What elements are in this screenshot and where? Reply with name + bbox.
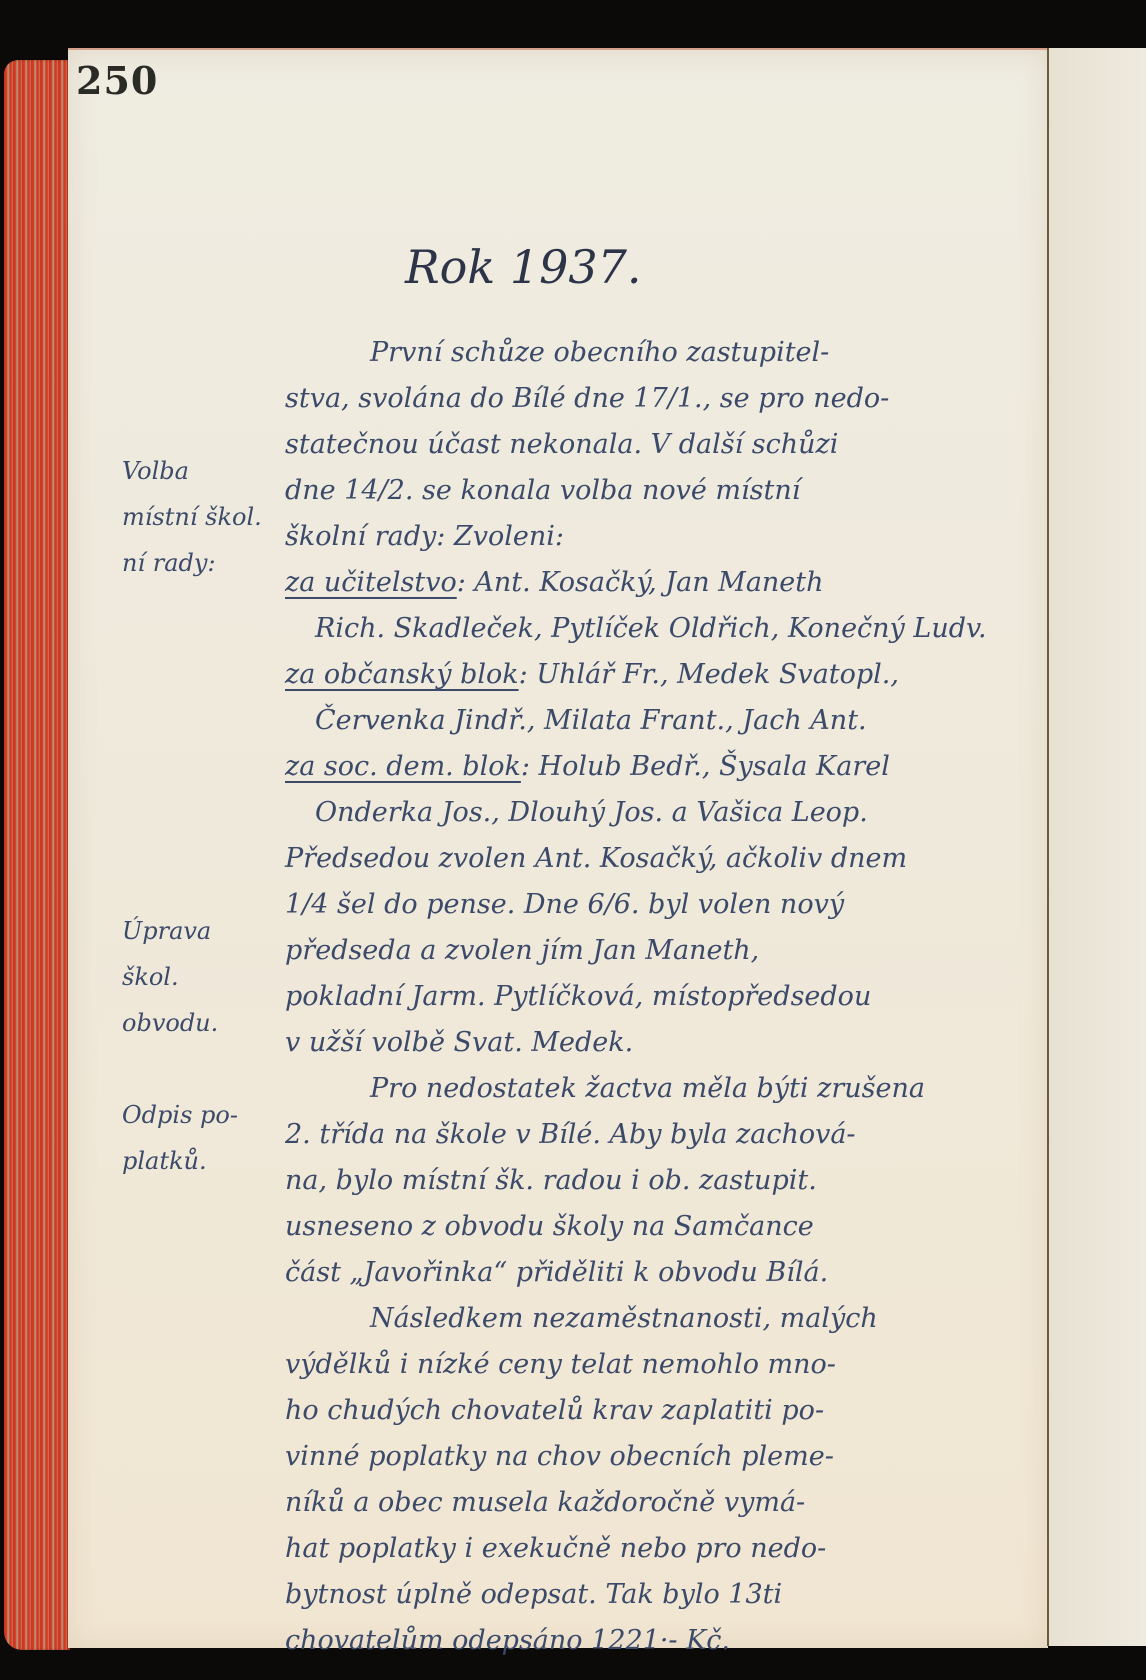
margin-note-line: Úprava bbox=[122, 908, 282, 954]
body-line: na, bylo místní šk. radou i ob. zastupit… bbox=[285, 1158, 945, 1204]
margin-note-line: Odpis po- bbox=[122, 1092, 282, 1138]
label-value: : Holub Bedř., Šysala Karel bbox=[521, 751, 890, 782]
body-line: část „Javořinka“ přiděliti k obvodu Bílá… bbox=[285, 1250, 945, 1296]
body-line: usneseno z obvodu školy na Samčance bbox=[285, 1204, 945, 1250]
body-line: vinné poplatky na chov obecních plemе- bbox=[285, 1434, 945, 1480]
underlined-label: za soc. dem. blok bbox=[285, 751, 521, 782]
page-title: Rok 1937. bbox=[405, 240, 642, 294]
body-line-labeled: za občanský blok: Uhlář Fr., Medek Svato… bbox=[285, 652, 945, 698]
body-line: Červenka Jindř., Milata Frant., Jach Ant… bbox=[285, 698, 945, 744]
label-value: : Ant. Kosačký, Jan Maneth bbox=[457, 567, 824, 598]
margin-note-line: škol. obvodu. bbox=[122, 954, 282, 1046]
body-line: Předsedou zvolen Ant. Kosačký, ačkoliv d… bbox=[285, 836, 945, 882]
label-value: : Uhlář Fr., Medek Svatopl., bbox=[519, 659, 899, 690]
body-line: Onderka Jos., Dlouhý Jos. a Vašica Leop. bbox=[285, 790, 945, 836]
book-gutter bbox=[1047, 48, 1049, 1646]
body-line: školní rady: Zvoleni: bbox=[285, 514, 945, 560]
margin-note-school-district: Úprava škol. obvodu. bbox=[122, 908, 282, 1046]
handwritten-body: První schůze obecního zastupitel- stva, … bbox=[285, 330, 945, 1664]
book-page-edges bbox=[4, 60, 70, 1650]
body-line: 1/4 šel do pense. Dne 6/6. byl volen nov… bbox=[285, 882, 945, 928]
underlined-label: za učitelstvo bbox=[285, 567, 457, 598]
body-line: hat poplatky i exekučně nebo pro nedo- bbox=[285, 1526, 945, 1572]
body-line: níků a obec musela každoročně vymá- bbox=[285, 1480, 945, 1526]
margin-note-line: platků. bbox=[122, 1138, 282, 1184]
body-line: předseda a zvolen jím Jan Maneth, bbox=[285, 928, 945, 974]
body-line: stva, svolána do Bílé dne 17/1., se pro … bbox=[285, 376, 945, 422]
margin-note-fee-writeoff: Odpis po- platků. bbox=[122, 1092, 282, 1184]
body-line-labeled: za soc. dem. blok: Holub Bedř., Šysala K… bbox=[285, 744, 945, 790]
body-line: První schůze obecního zastupitel- bbox=[285, 330, 945, 376]
body-line: ho chudých chovatelů krav zaplatiti po- bbox=[285, 1388, 945, 1434]
body-line: výdělků i nízké ceny telat nemohlo mno- bbox=[285, 1342, 945, 1388]
body-line: Pro nedostatek žactva měla býti zrušena bbox=[285, 1066, 945, 1112]
underlined-label: za občanský blok bbox=[285, 659, 519, 690]
facing-page bbox=[1049, 48, 1146, 1646]
body-line: Rich. Skadleček, Pytlíček Oldřich, Koneč… bbox=[285, 606, 945, 652]
body-line-labeled: za učitelstvo: Ant. Kosačký, Jan Maneth bbox=[285, 560, 945, 606]
body-line: chovatelům odepsáno 1221·- Kč. bbox=[285, 1618, 945, 1664]
body-line: bytnost úplně odepsat. Tak bylo 13ti bbox=[285, 1572, 945, 1618]
body-line: statečnou účast nekonala. V další schůzi bbox=[285, 422, 945, 468]
margin-note-school-board-election: Volba místní škol. ní rady: bbox=[122, 448, 282, 586]
margin-note-line: Volba bbox=[122, 448, 282, 494]
body-line: 2. třída na škole v Bílé. Aby byla zacho… bbox=[285, 1112, 945, 1158]
body-line: v užší volbě Svat. Medek. bbox=[285, 1020, 945, 1066]
body-line: pokladní Jarm. Pytlíčková, místopředsedo… bbox=[285, 974, 945, 1020]
margin-note-line: místní škol. bbox=[122, 494, 282, 540]
body-line: dne 14/2. se konala volba nové místní bbox=[285, 468, 945, 514]
page-number: 250 bbox=[76, 58, 158, 103]
margin-note-line: ní rady: bbox=[122, 540, 282, 586]
body-line: Následkem nezaměstnanosti, malých bbox=[285, 1296, 945, 1342]
